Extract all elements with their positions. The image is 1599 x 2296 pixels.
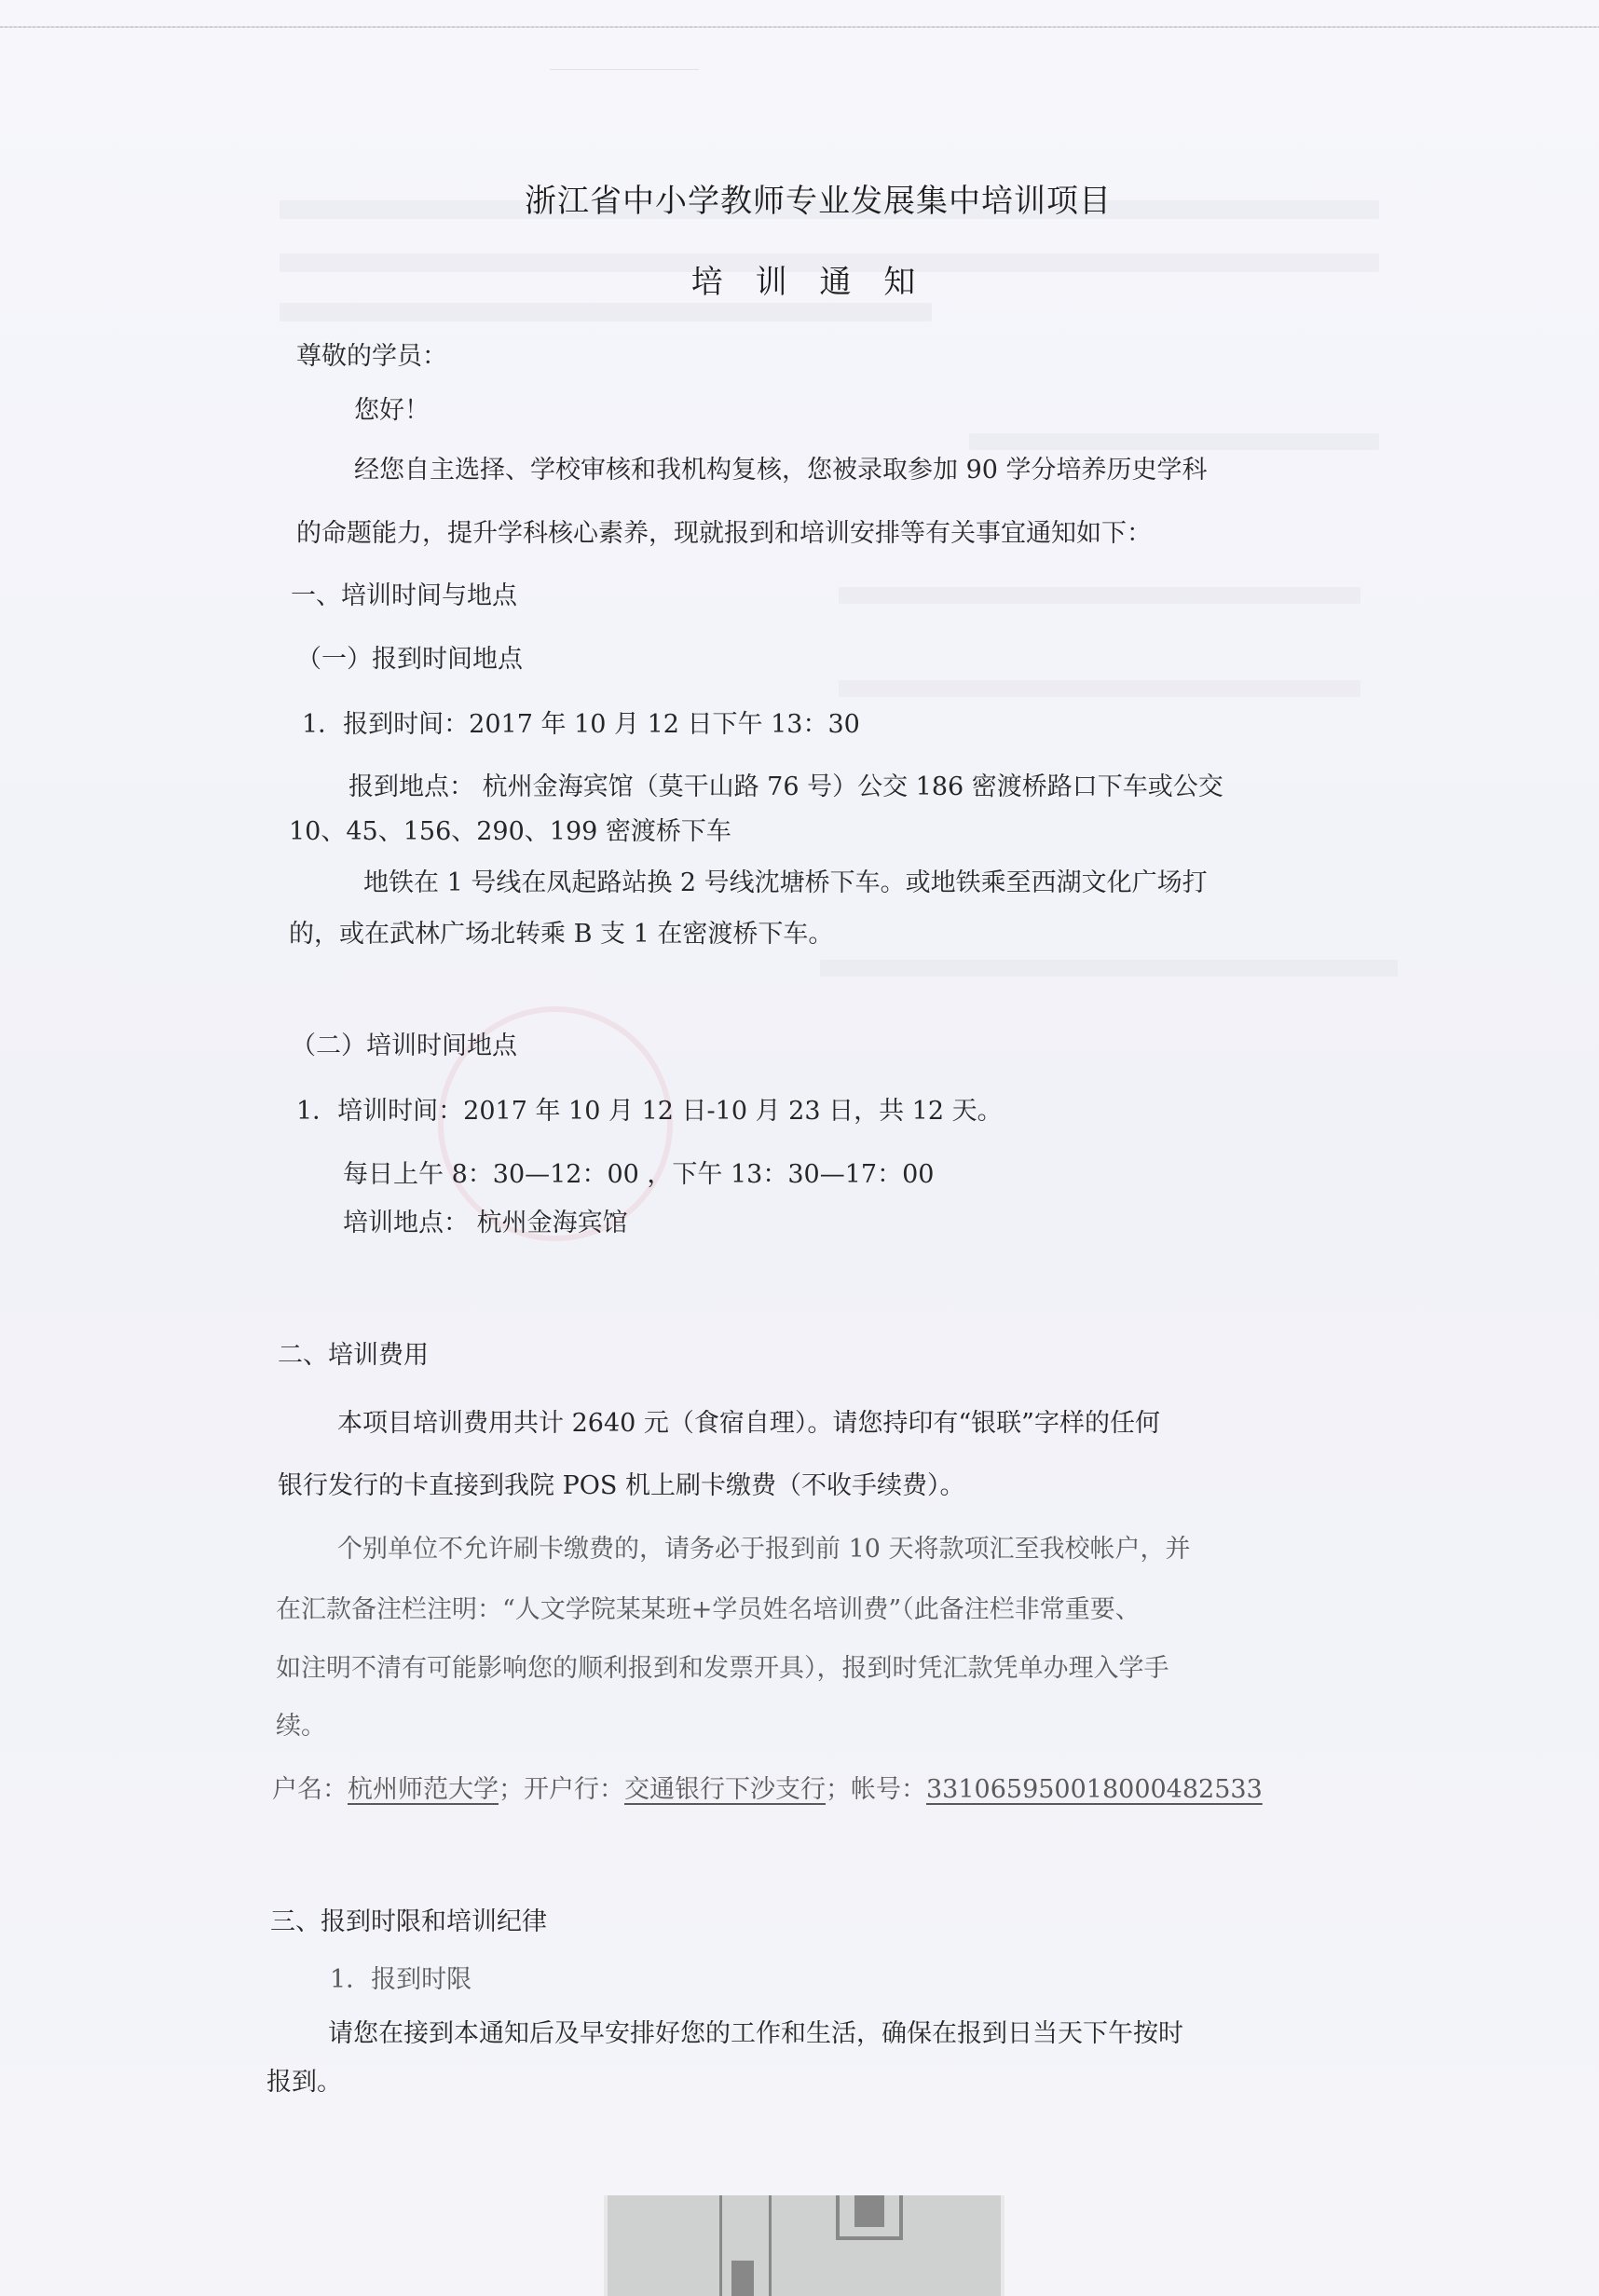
salutation: 尊敬的学员： [296,335,447,372]
training-place: 培训地点： 杭州金海宾馆 [343,1202,628,1238]
bank-value: 交通银行下沙支行 [624,1775,826,1804]
fee-para2-line-1: 个别单位不允许刷卡缴费的，请务必于报到前 10 天将款项汇至我校帐户，并 [337,1528,1191,1565]
registration-time: 1．报到时间：2017 年 10 月 12 日下午 13：30 [302,704,860,740]
fee-para2-line-3: 如注明不清有可能影响您的顺利报到和发票开具），报到时凭汇款凭单办理入学手 [276,1647,1169,1684]
section3-heading: 三、报到时限和培训纪律 [270,1901,547,1937]
intro-line-2: 的命题能力，提升学科核心素养，现就报到和培训安排等有关事宜通知如下： [296,512,1152,549]
section2-heading: 二、培训费用 [278,1334,429,1371]
section1-sub2-heading: （二）培训时间地点 [291,1025,517,1061]
bank-label: ；开户行： [499,1775,624,1804]
scanner-device-edge [604,2195,1004,2296]
section1-heading: 一、培训时间与地点 [291,575,517,611]
section3-para-line-1: 请您在接到本通知后及早安排好您的工作和生活，确保在报到日当天下午按时 [328,2013,1183,2049]
registration-place-line-1: 报到地点： 杭州金海宾馆（莫干山路 76 号）公交 186 密渡桥路口下车或公交 [348,766,1223,802]
training-notice-document: 浙江省中小学教师专业发展集中培训项目 培 训 通 知 尊敬的学员： 您好！ 经您… [0,0,1599,2296]
greeting: 您好！ [354,389,430,426]
fee-para1-line-2: 银行发行的卡直接到我院 POS 机上刷卡缴费（不收手续费）。 [278,1465,964,1501]
registration-place-line-2: 10、45、156、290、199 密渡桥下车 [289,811,731,847]
fee-para2-line-2: 在汇款备注栏注明：“人文学院某某班+学员姓名培训费”（此备注栏非常重要、 [276,1589,1141,1625]
training-daily-schedule: 每日上午 8：30—12：00 ，下午 13：30—17：00 [343,1154,934,1190]
account-name-value: 杭州师范大学 [348,1775,499,1804]
film-strip-icon [719,2195,772,2296]
section1-sub1-heading: （一）报到时间地点 [296,638,523,675]
account-number-label: ；帐号： [826,1775,926,1804]
metro-directions-line-2: 的，或在武林广场北转乘 B 支 1 在密渡桥下车。 [289,913,833,950]
section3-para-line-2: 报到。 [266,2061,342,2098]
document-title: 浙江省中小学教师专业发展集中培训项目 [0,175,1599,221]
picture-frame-icon [836,2195,903,2240]
intro-line-1: 经您自主选择、学校审核和我机构复核，您被录取参加 90 学分培养历史学科 [354,449,1208,485]
fee-para1-line-1: 本项目培训费用共计 2640 元（食宿自理）。请您持印有“银联”字样的任何 [337,1402,1160,1439]
section3-item1: 1．报到时限 [330,1959,471,1995]
account-number-value: 331065950018000482533 [926,1775,1263,1804]
training-time: 1．培训时间：2017 年 10 月 12 日-10 月 23 日，共 12 天… [296,1090,1003,1127]
bank-account-info: 户名：杭州师范大学；开户行：交通银行下沙支行；帐号：33106595001800… [272,1769,1263,1805]
metro-directions-line-1: 地铁在 1 号线在凤起路站换 2 号线沈塘桥下车。或地铁乘至西湖文化广场打 [363,862,1208,898]
document-subtitle: 培 训 通 知 [0,256,1599,302]
fee-para2-line-4: 续。 [276,1705,326,1742]
account-name-label: 户名： [272,1775,348,1804]
